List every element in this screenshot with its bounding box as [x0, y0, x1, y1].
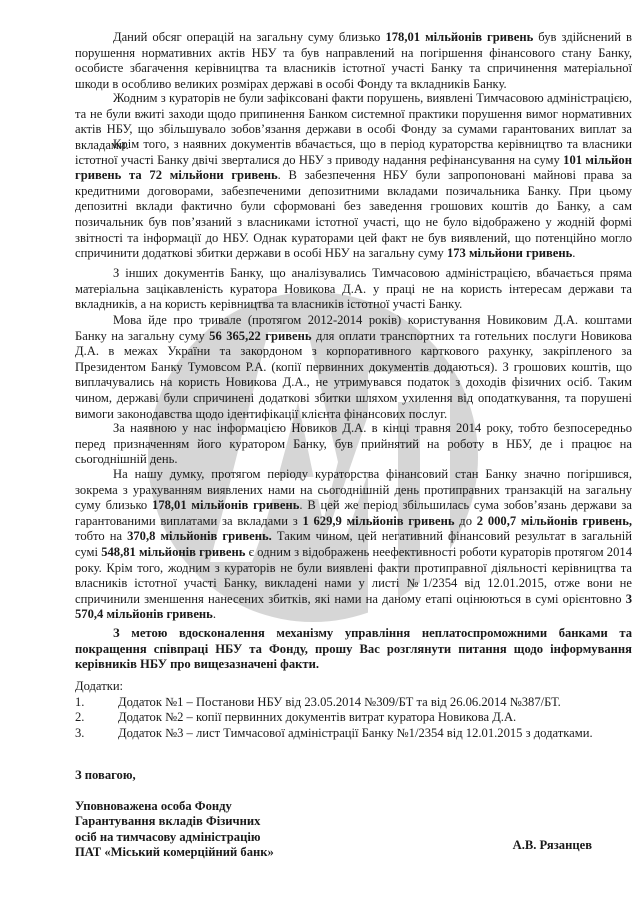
emphasized-amount: 1 629,9 мільйонів гривень — [302, 514, 454, 528]
emphasized-amount: З метою вдосконалення механізму управлін… — [75, 626, 632, 671]
attachment-item: 2. Додаток №2 – копії первинних документ… — [75, 710, 635, 726]
attachments-section: Додатки: 1. Додаток №1 – Постанови НБУ в… — [75, 679, 635, 741]
paragraph: З інших документів Банку, що аналізували… — [75, 266, 632, 313]
text-segment: тобто на — [75, 529, 127, 543]
signer-position-line: Гарантування вкладів Фізичних — [75, 814, 632, 830]
text-segment: За наявною у нас інформацією Новиков Д.А… — [75, 421, 632, 466]
paragraph: За наявною у нас інформацією Новиков Д.А… — [75, 421, 632, 468]
paragraph: Даний обсяг операцій на загальну суму бл… — [75, 30, 632, 92]
attachments-title: Додатки: — [75, 679, 635, 695]
request-paragraph: З метою вдосконалення механізму управлін… — [75, 626, 632, 673]
text-segment: Крім того, з наявних документів вбачаєть… — [75, 137, 632, 167]
emphasized-amount: 2 000,7 мільйонів гривень, — [477, 514, 632, 528]
paragraph: Мова йде про тривале (протягом 2012-2014… — [75, 313, 632, 422]
emphasized-amount: 173 мільйони гривень — [447, 246, 572, 260]
attachment-number: 2. — [75, 710, 118, 726]
attachment-text: Додаток №1 – Постанови НБУ від 23.05.201… — [118, 695, 561, 711]
attachment-item: 3. Додаток №3 – лист Тимчасової адмініст… — [75, 726, 635, 742]
attachment-item: 1. Додаток №1 – Постанови НБУ від 23.05.… — [75, 695, 635, 711]
text-segment: З інших документів Банку, що аналізували… — [75, 266, 632, 311]
emphasized-amount: 56 365,22 гривень — [209, 329, 311, 343]
attachment-text: Додаток №2 – копії первинних документів … — [118, 710, 516, 726]
paragraph: Крім того, з наявних документів вбачаєть… — [75, 137, 632, 262]
text-segment: . — [572, 246, 575, 260]
paragraph: На нашу думку, протягом періоду кураторс… — [75, 467, 632, 623]
attachment-number: 1. — [75, 695, 118, 711]
text-segment: до — [455, 514, 477, 528]
text-segment: Даний обсяг операцій на загальну суму бл… — [113, 30, 385, 44]
emphasized-amount: 370,8 мільйонів гривень. — [127, 529, 272, 543]
signature-block: З повагою, Уповноважена особа Фонду Гара… — [75, 768, 632, 861]
closing-regards: З повагою, — [75, 768, 632, 784]
text-segment: . — [213, 607, 216, 621]
emphasized-amount: 178,01 мільйонів гривень — [152, 498, 299, 512]
attachment-number: 3. — [75, 726, 118, 742]
emphasized-amount: 548,81 мільйонів гривень — [101, 545, 245, 559]
signer-name: А.В. Рязанцев — [513, 838, 592, 854]
signer-position-line: Уповноважена особа Фонду — [75, 799, 632, 815]
emphasized-amount: 178,01 мільйонів гривень — [385, 30, 533, 44]
attachment-text: Додаток №3 – лист Тимчасової адміністрац… — [118, 726, 593, 742]
